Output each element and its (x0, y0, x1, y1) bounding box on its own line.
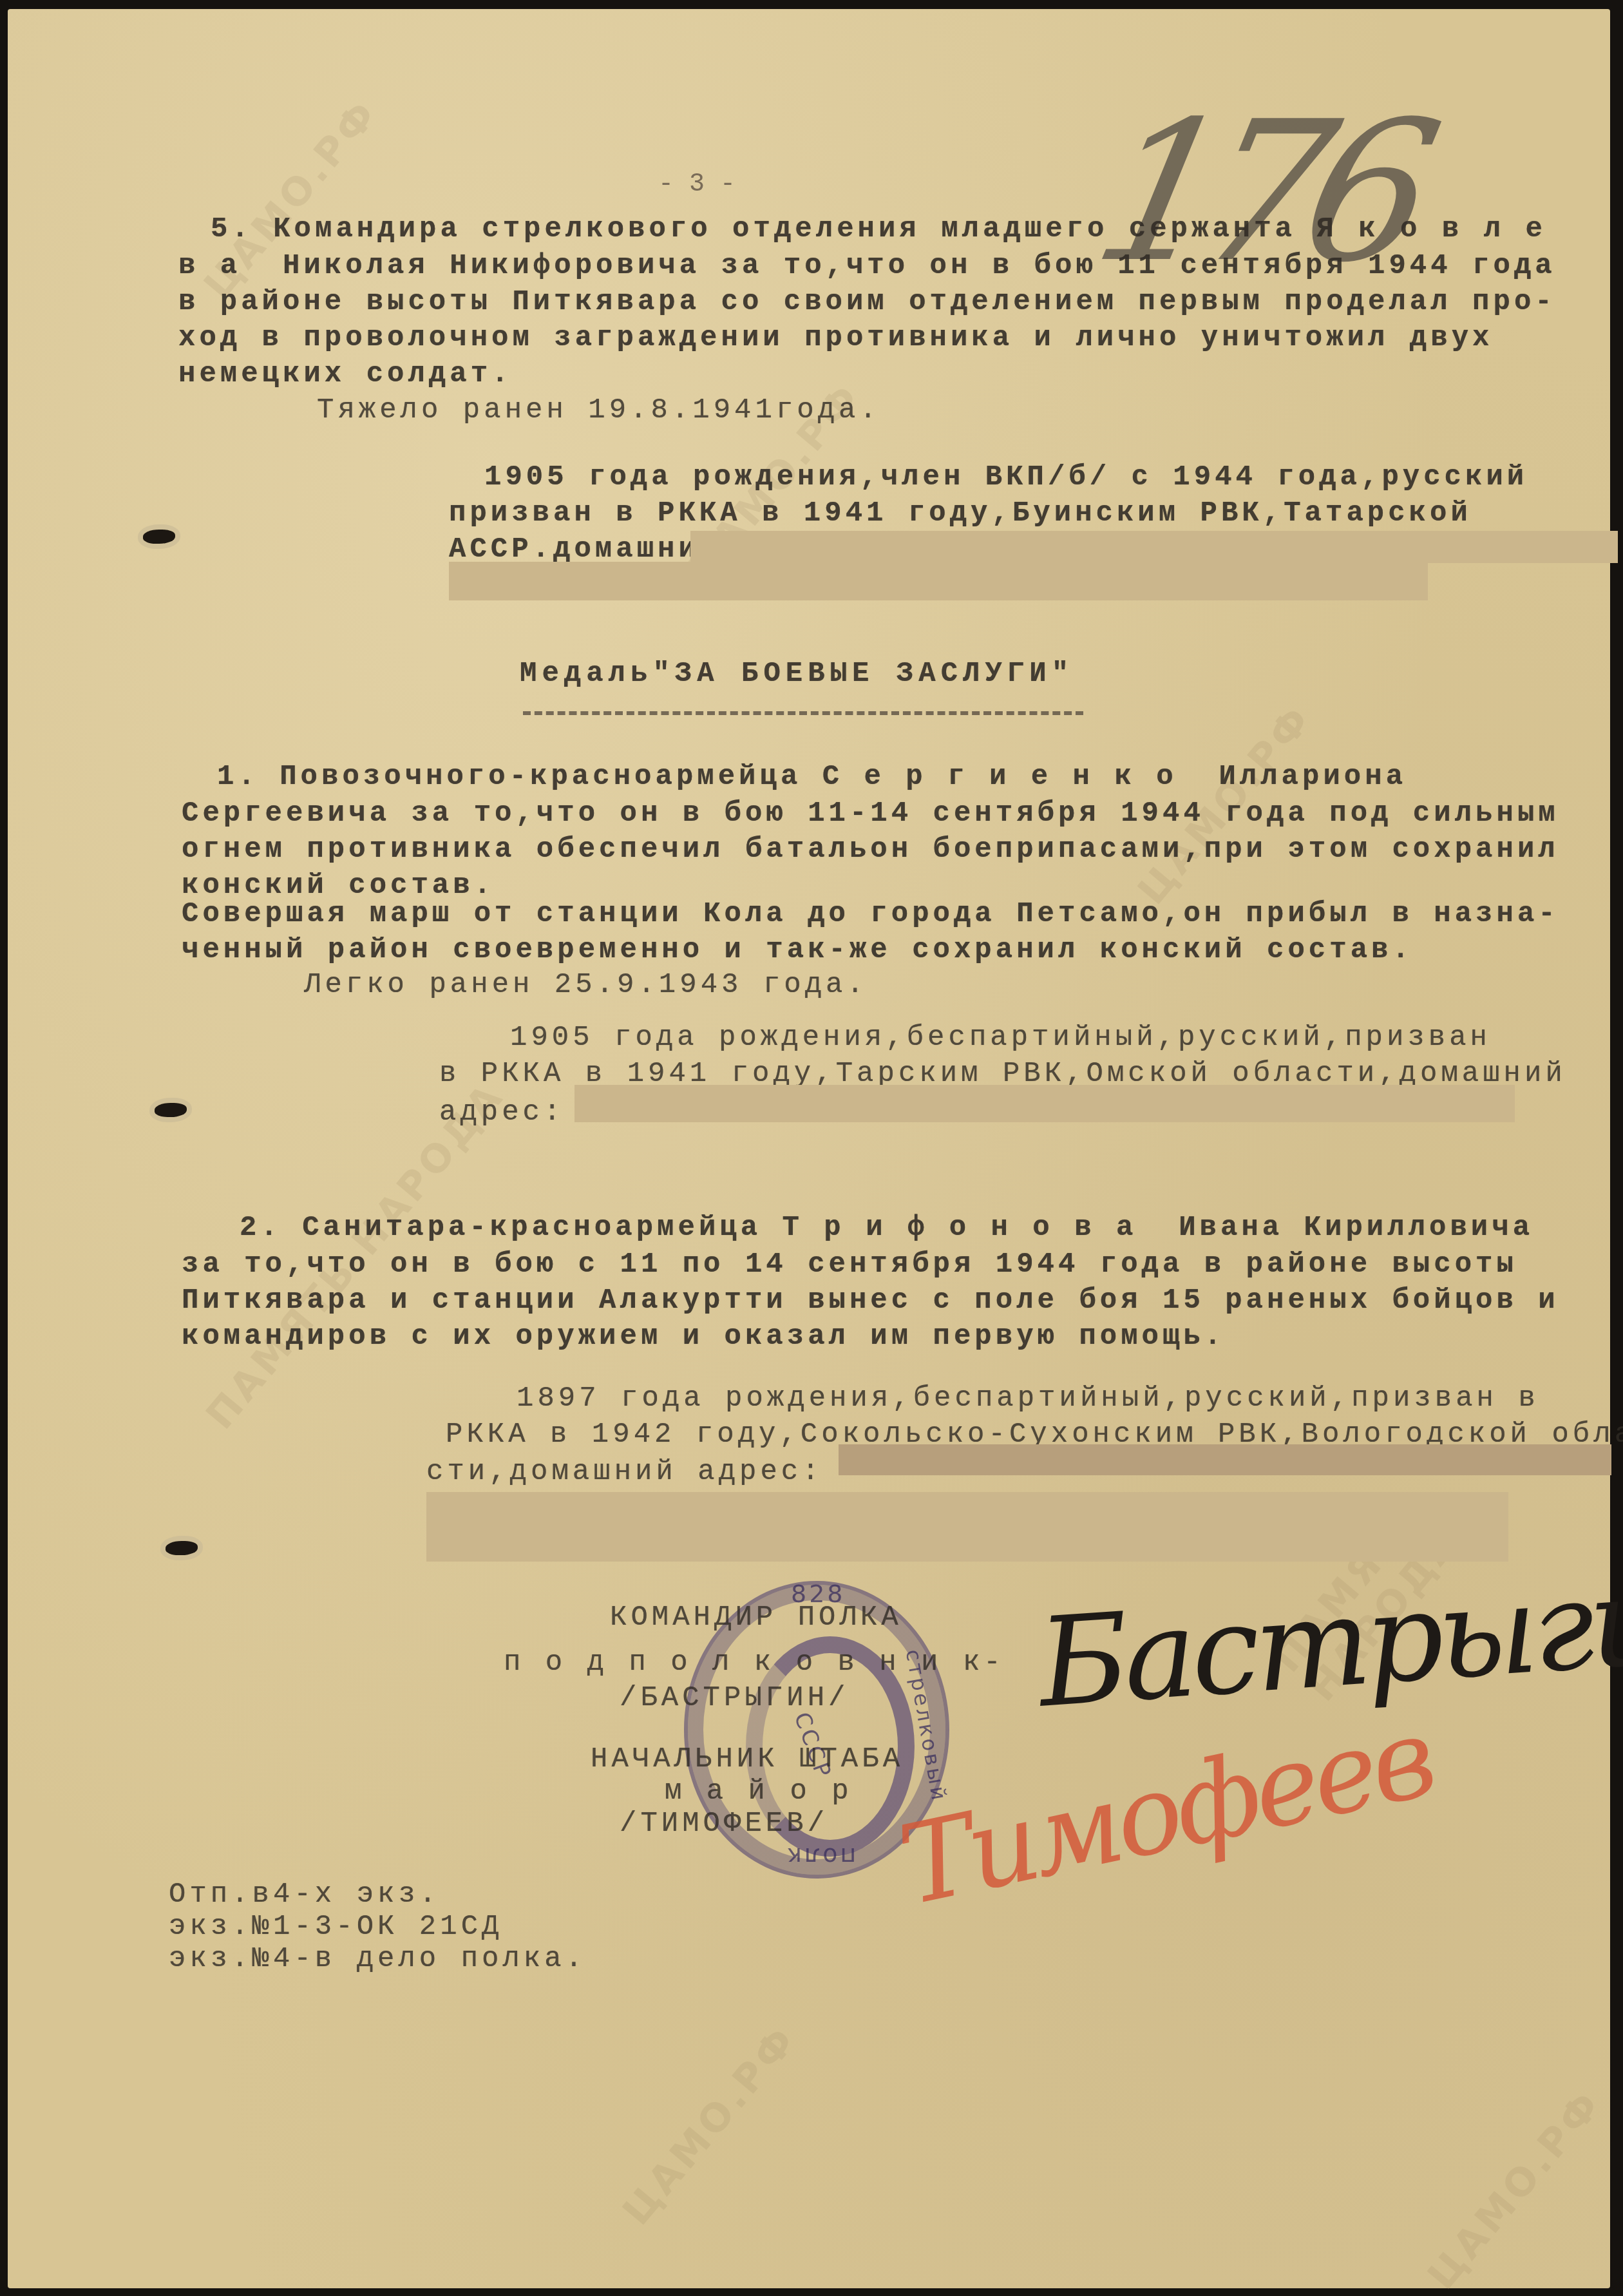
entry5-wound: Тяжело ранен 19.8.1941года. (317, 393, 880, 428)
document-page: ЦАМО.РФ ЦАМО.РФ ЦАМО.РФ ПАМЯТЬ НАРОДА ПА… (8, 9, 1610, 2288)
redacted-address (839, 1444, 1611, 1475)
punch-hole (143, 530, 175, 544)
footer-line: экз.№4-в дело полка. (169, 1942, 586, 1976)
entry1-line: 1. Повозочного-красноармейца С е р г и е… (217, 760, 1407, 794)
commander-rank: п о д п о л к о в н и к- (504, 1645, 1005, 1680)
footer-line: Отп.в4-х экз. (169, 1877, 440, 1912)
entry1-line: Совершая марш от станции Кола до города … (182, 897, 1559, 932)
entry1-line: ченный район своевременно и так-же сохра… (182, 933, 1413, 968)
entry5-line: в районе высоты Питкявара со своим отдел… (178, 285, 1556, 320)
chief-title: НАЧАЛЬНИК ШТАБА (591, 1742, 904, 1777)
entry2-line: 2. Санитара-красноармейца Т р и ф о н о … (240, 1210, 1533, 1245)
stamp-text-bottom: полк (784, 1842, 856, 1871)
medal-section-title: Медаль"ЗА БОЕВЫЕ ЗАСЛУГИ" (520, 656, 1074, 691)
watermark: ЦАМО.РФ (1419, 2081, 1611, 2296)
footer-line: экз.№1-3-ОК 21СД (169, 1909, 502, 1944)
redacted-address (690, 531, 1618, 563)
entry5-line: в а Николая Никифоровича за то,что он в … (178, 249, 1556, 283)
entry1-bio: адрес: (439, 1095, 564, 1130)
watermark: ЦАМО.РФ (614, 2017, 806, 2234)
page-marker: - 3 - (658, 170, 736, 199)
entry2-line: командиров с их оружием и оказал им перв… (182, 1319, 1225, 1354)
entry5-line: ход в проволочном заграждении противника… (178, 321, 1493, 356)
entry5-bio: призван в РККА в 1941 году,Буинским РВК,… (449, 496, 1472, 531)
entry2-bio: 1897 года рождения,беспартийный,русский,… (517, 1381, 1539, 1416)
redacted-address (426, 1492, 1508, 1562)
entry5-line: 5. Командира стрелкового отделения младш… (211, 212, 1546, 247)
entry2-line: за то,что он в бою с 11 по 14 сентября 1… (182, 1247, 1517, 1282)
entry2-line: Питкявара и станции Алакуртти вынес с по… (182, 1283, 1559, 1318)
entry2-bio: сти,домашний адрес: (426, 1455, 823, 1489)
entry1-bio: 1905 года рождения,беспартийный,русский,… (510, 1020, 1491, 1055)
chief-name: /ТИМОФЕЕВ/ (620, 1806, 828, 1841)
redacted-address (574, 1085, 1515, 1122)
entry1-wound: Легко ранен 25.9.1943 года. (304, 968, 868, 1002)
entry5-bio: 1905 года рождения,член ВКП/б/ с 1944 го… (484, 460, 1528, 495)
chief-rank: м а й о р (665, 1774, 853, 1809)
commander-name: /БАСТРЫГИН/ (620, 1681, 849, 1716)
redacted-address (449, 562, 1428, 600)
entry1-line: Сергеевича за то,что он в бою 11-14 сент… (182, 796, 1559, 831)
punch-hole (166, 1541, 198, 1555)
commander-signature: Бастрыгин (1034, 1544, 1623, 1734)
chief-signature: Тимофеев (889, 1694, 1442, 1930)
entry5-line: немецких солдат. (178, 357, 512, 392)
title-underline (523, 711, 1083, 715)
entry1-line: огнем противника обеспечил батальон боеп… (182, 832, 1559, 867)
punch-hole (155, 1103, 187, 1117)
commander-title: КОМАНДИР ПОЛКА (610, 1600, 902, 1635)
